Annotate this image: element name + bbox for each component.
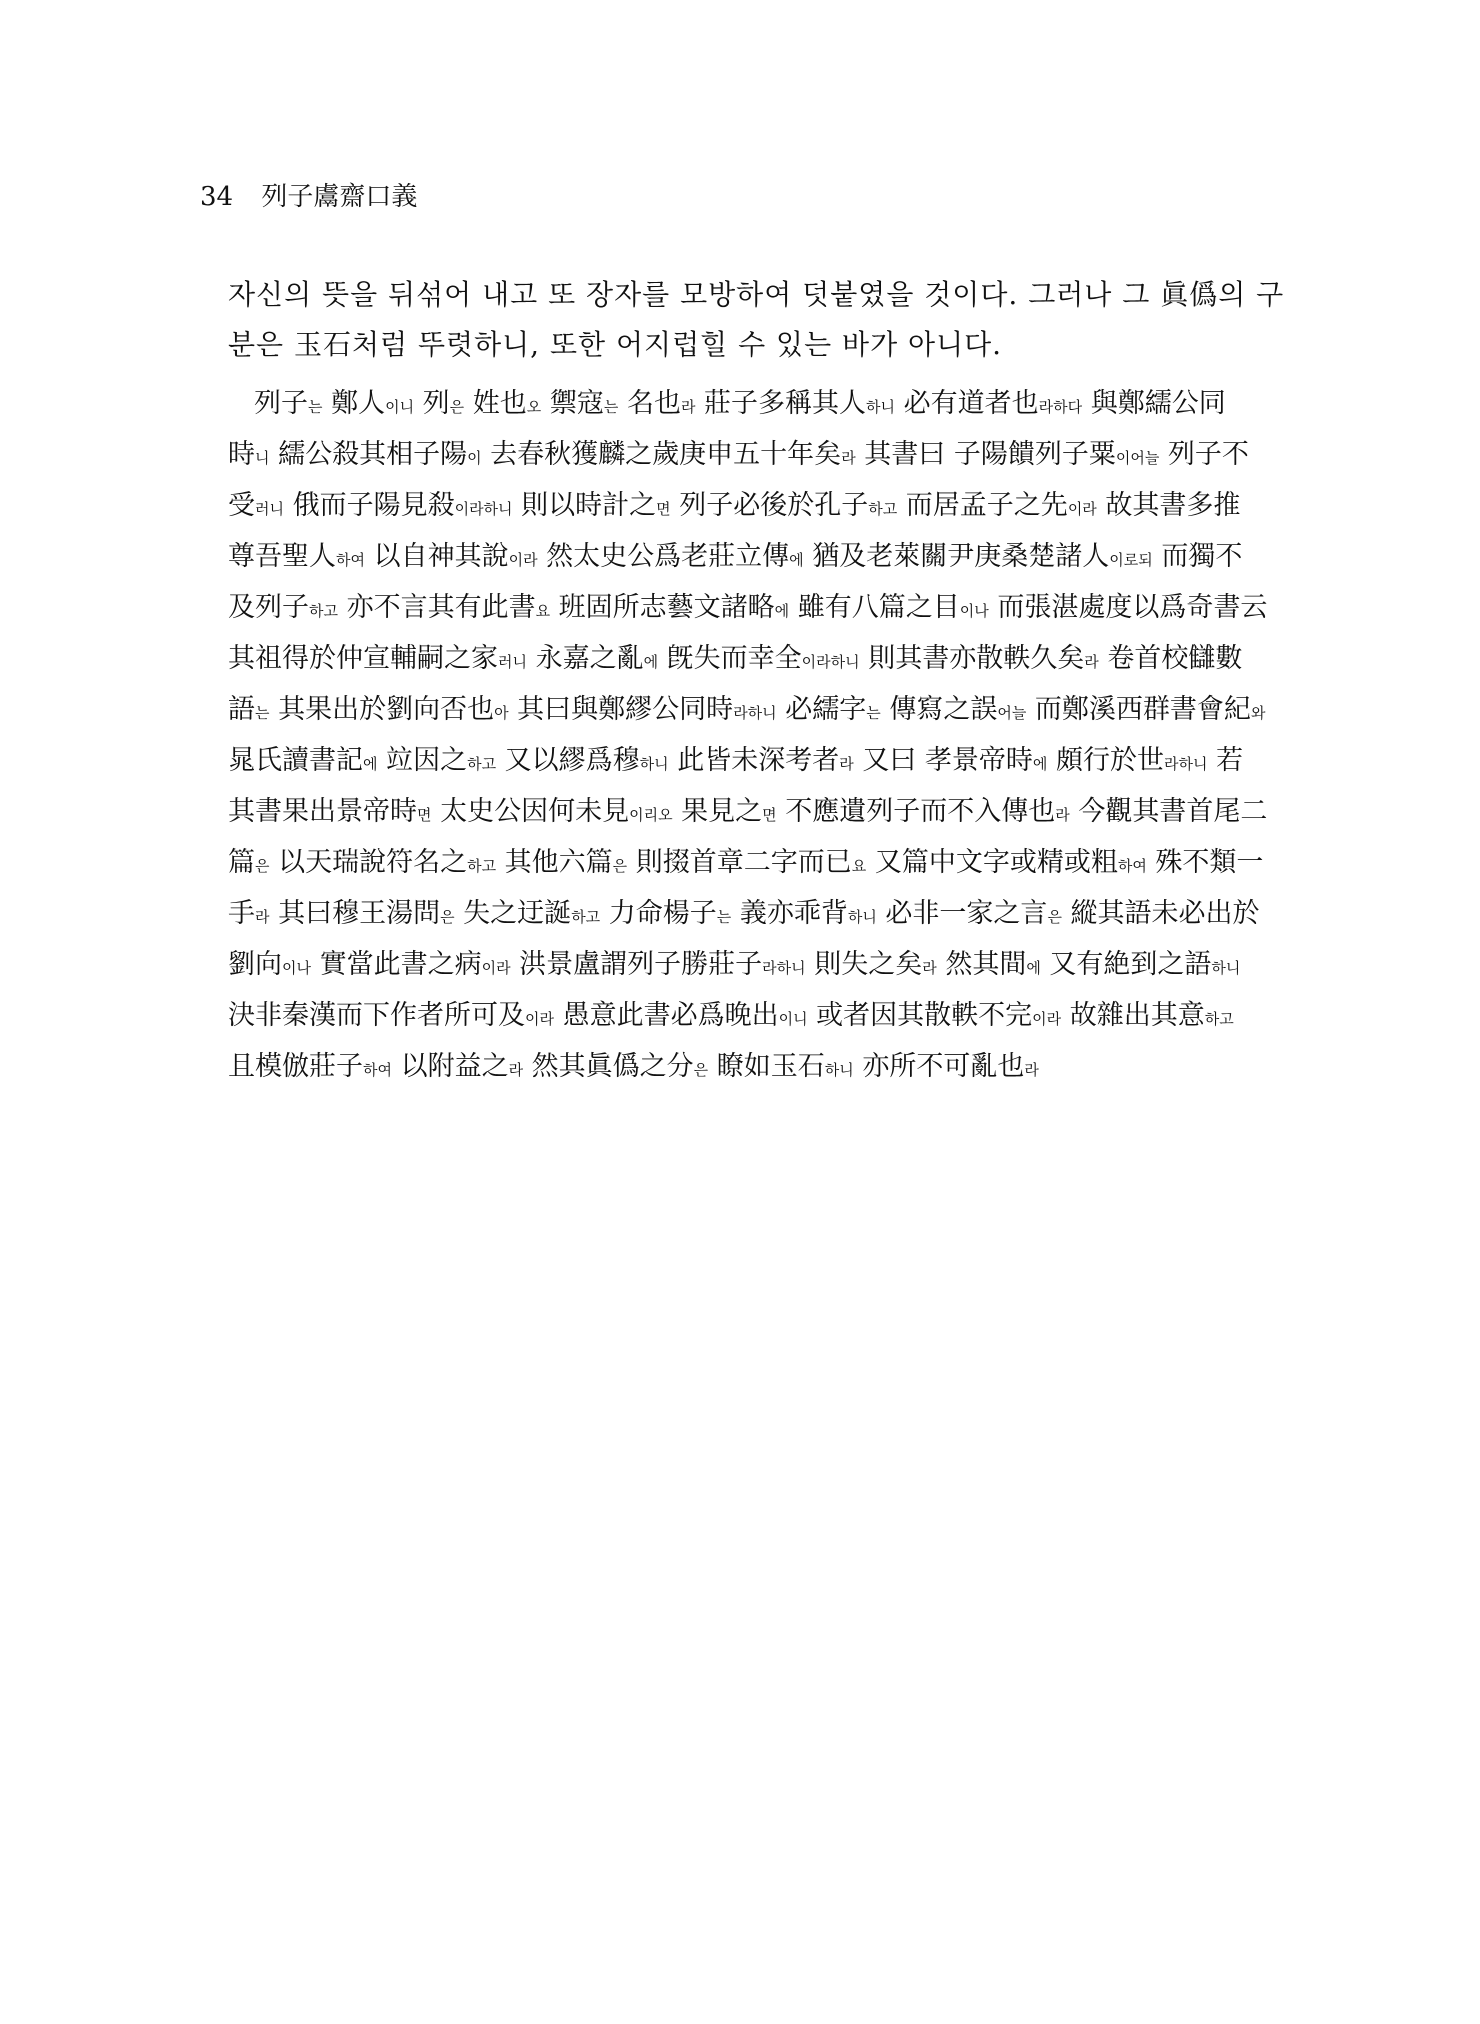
text-line: 語는 其果出於劉向否也아 其曰與鄭繆公同時라하니 必繻字는 傳寫之誤어늘 而鄭溪… (228, 686, 1252, 737)
text-line: 篇은 以天瑞說符名之하고 其他六篇은 則掇首章二字而已요 又篇中文字或精或粗하여… (228, 839, 1252, 890)
hangul-particle: 이니 (779, 1010, 808, 1028)
hangul-particle: 이라하니 (802, 653, 860, 671)
hangul-particle: 라 (509, 1061, 524, 1079)
hangul-particle: 는 (604, 398, 619, 416)
hangul-particle: 라 (1055, 806, 1070, 824)
hangul-particle: 라 (922, 959, 937, 977)
hangul-particle: 어늘 (997, 704, 1026, 722)
hangul-particle: 아 (494, 704, 509, 722)
hangul-particle: 하고 (467, 857, 496, 875)
hangul-particle: 는 (255, 704, 270, 722)
hangul-particle: 라 (1024, 1061, 1039, 1079)
hangul-particle: 라하니 (762, 959, 805, 977)
hangul-particle: 라 (681, 398, 696, 416)
hangul-particle: 이라 (525, 1010, 554, 1028)
hangul-particle: 이라하니 (455, 500, 513, 518)
text-line: 劉向이나 實當此書之病이라 洪景盧謂列子勝莊子라하니 則失之矣라 然其間에 又有… (228, 941, 1252, 992)
hangul-particle: 에 (644, 653, 659, 671)
hangul-particle: 라 (1084, 653, 1099, 671)
hangul-particle: 은 (1047, 908, 1062, 926)
text-line: 其書果出景帝時면 太史公因何未見이리오 果見之면 不應遺列子而不入傳也라 今觀其… (228, 788, 1252, 839)
page-number: 34 (200, 182, 233, 212)
book-title: 列子鬳齋口義 (261, 182, 417, 212)
hangul-particle: 요 (852, 857, 867, 875)
hangul-particle: 하고 (571, 908, 600, 926)
hangul-particle: 은 (450, 398, 465, 416)
hangul-particle: 와 (1251, 704, 1266, 722)
page-body: 자신의 뜻을 뒤섞어 내고 또 장자를 모방하여 덧붙였을 것이다. 그러나 그… (228, 270, 1252, 1094)
hangul-particle: 이라 (509, 551, 538, 569)
hangul-particle: 하니 (866, 398, 895, 416)
hangul-particle: 에 (363, 755, 378, 773)
hangul-particle: 면 (762, 806, 777, 824)
hangul-particle: 에 (775, 602, 790, 620)
hangul-particle: 라하니 (733, 704, 776, 722)
hangul-particle: 이 (467, 449, 482, 467)
text-line: 분은 玉石처럼 뚜렷하니, 또한 어지럽힐 수 있는 바가 아니다. (228, 320, 1252, 370)
text-line: 決非秦漢而下作者所可及이라 愚意此書必爲晚出이니 或者因其散軼不完이라 故雜出其… (228, 992, 1252, 1043)
text-line: 及列子하고 亦不言其有此書요 班固所志藝文諸略에 雖有八篇之目이나 而張湛處度以… (228, 584, 1252, 635)
hangul-particle: 하여 (336, 551, 365, 569)
hangul-particle: 러니 (498, 653, 527, 671)
text-line: 자신의 뜻을 뒤섞어 내고 또 장자를 모방하여 덧붙였을 것이다. 그러나 그… (228, 270, 1252, 320)
hangul-particle: 하니 (848, 908, 877, 926)
text-line: 晁氏讀書記에 竝因之하고 又以繆爲穆하니 此皆未深考者라 又曰 孝景帝時에 頗行… (228, 737, 1252, 788)
text-line: 且模倣莊子하여 以附益之라 然其眞僞之分은 瞭如玉石하니 亦所不可亂也라 (228, 1043, 1252, 1094)
hangul-particle: 라 (839, 755, 854, 773)
hangul-particle: 하니 (1211, 959, 1240, 977)
hangul-particle: 면 (417, 806, 432, 824)
hangul-particle: 이니 (385, 398, 414, 416)
hangul-particle: 는 (866, 704, 881, 722)
hangul-particle: 러니 (255, 500, 284, 518)
hangul-particle: 하고 (1205, 1010, 1234, 1028)
hangul-particle: 면 (656, 500, 671, 518)
hangul-particle: 에 (1033, 755, 1048, 773)
hangul-particle: 하고 (868, 500, 897, 518)
hangul-particle: 는 (308, 398, 323, 416)
text-line: 受러니 俄而子陽見殺이라하니 則以時計之면 列子必後於孔子하고 而居孟子之先이라… (228, 482, 1252, 533)
hangul-particle: 이라 (1068, 500, 1097, 518)
hangul-particle: 이리오 (629, 806, 672, 824)
hangul-particle: 이라 (1032, 1010, 1061, 1028)
hangul-particle: 이나 (282, 959, 311, 977)
hangul-particle: 하고 (467, 755, 496, 773)
hangul-particle: 라 (841, 449, 856, 467)
korean-translation-paragraph: 자신의 뜻을 뒤섞어 내고 또 장자를 모방하여 덧붙였을 것이다. 그러나 그… (228, 270, 1252, 370)
hangul-particle: 은 (255, 857, 270, 875)
text-line: 時니 繻公殺其相子陽이 去春秋獲麟之歲庚申五十年矣라 其書曰 子陽饋列子粟이어늘… (228, 431, 1252, 482)
text-line: 手라 其曰穆王湯問은 失之迂誕하고 力命楊子는 義亦乖背하니 必非一家之言은 縱… (228, 890, 1252, 941)
hangul-particle: 은 (613, 857, 628, 875)
text-line: 列子는 鄭人이니 列은 姓也오 禦寇는 名也라 莊子多稱其人하니 必有道者也라하… (228, 380, 1252, 431)
hangul-particle: 은 (440, 908, 455, 926)
hangul-particle: 하니 (825, 1061, 854, 1079)
hangul-particle: 하고 (309, 602, 338, 620)
text-line: 尊吾聖人하여 以自神其說이라 然太史公爲老莊立傳에 猶及老萊關尹庚桑楚諸人이로되… (228, 533, 1252, 584)
hangul-particle: 요 (536, 602, 551, 620)
classical-chinese-paragraph: 列子는 鄭人이니 列은 姓也오 禦寇는 名也라 莊子多稱其人하니 必有道者也라하… (228, 380, 1252, 1094)
hangul-particle: 에 (789, 551, 804, 569)
hangul-particle: 오 (527, 398, 542, 416)
hangul-particle: 은 (694, 1061, 709, 1079)
hangul-particle: 이어늘 (1116, 449, 1159, 467)
hangul-particle: 라하다 (1039, 398, 1082, 416)
hangul-particle: 하여 (363, 1061, 392, 1079)
hangul-particle: 라 (255, 908, 270, 926)
hangul-particle: 는 (717, 908, 732, 926)
running-header: 34 列子鬳齋口義 (200, 176, 417, 213)
hangul-particle: 이로되 (1109, 551, 1152, 569)
hangul-particle: 니 (255, 449, 270, 467)
hangul-particle: 이라 (482, 959, 511, 977)
hangul-particle: 하니 (640, 755, 669, 773)
hangul-particle: 라하니 (1164, 755, 1207, 773)
hangul-particle: 에 (1026, 959, 1041, 977)
hangul-particle: 하여 (1118, 857, 1147, 875)
text-line: 其祖得於仲宣輔嗣之家러니 永嘉之亂에 旣失而幸全이라하니 則其書亦散軼久矣라 卷… (228, 635, 1252, 686)
hangul-particle: 이나 (960, 602, 989, 620)
